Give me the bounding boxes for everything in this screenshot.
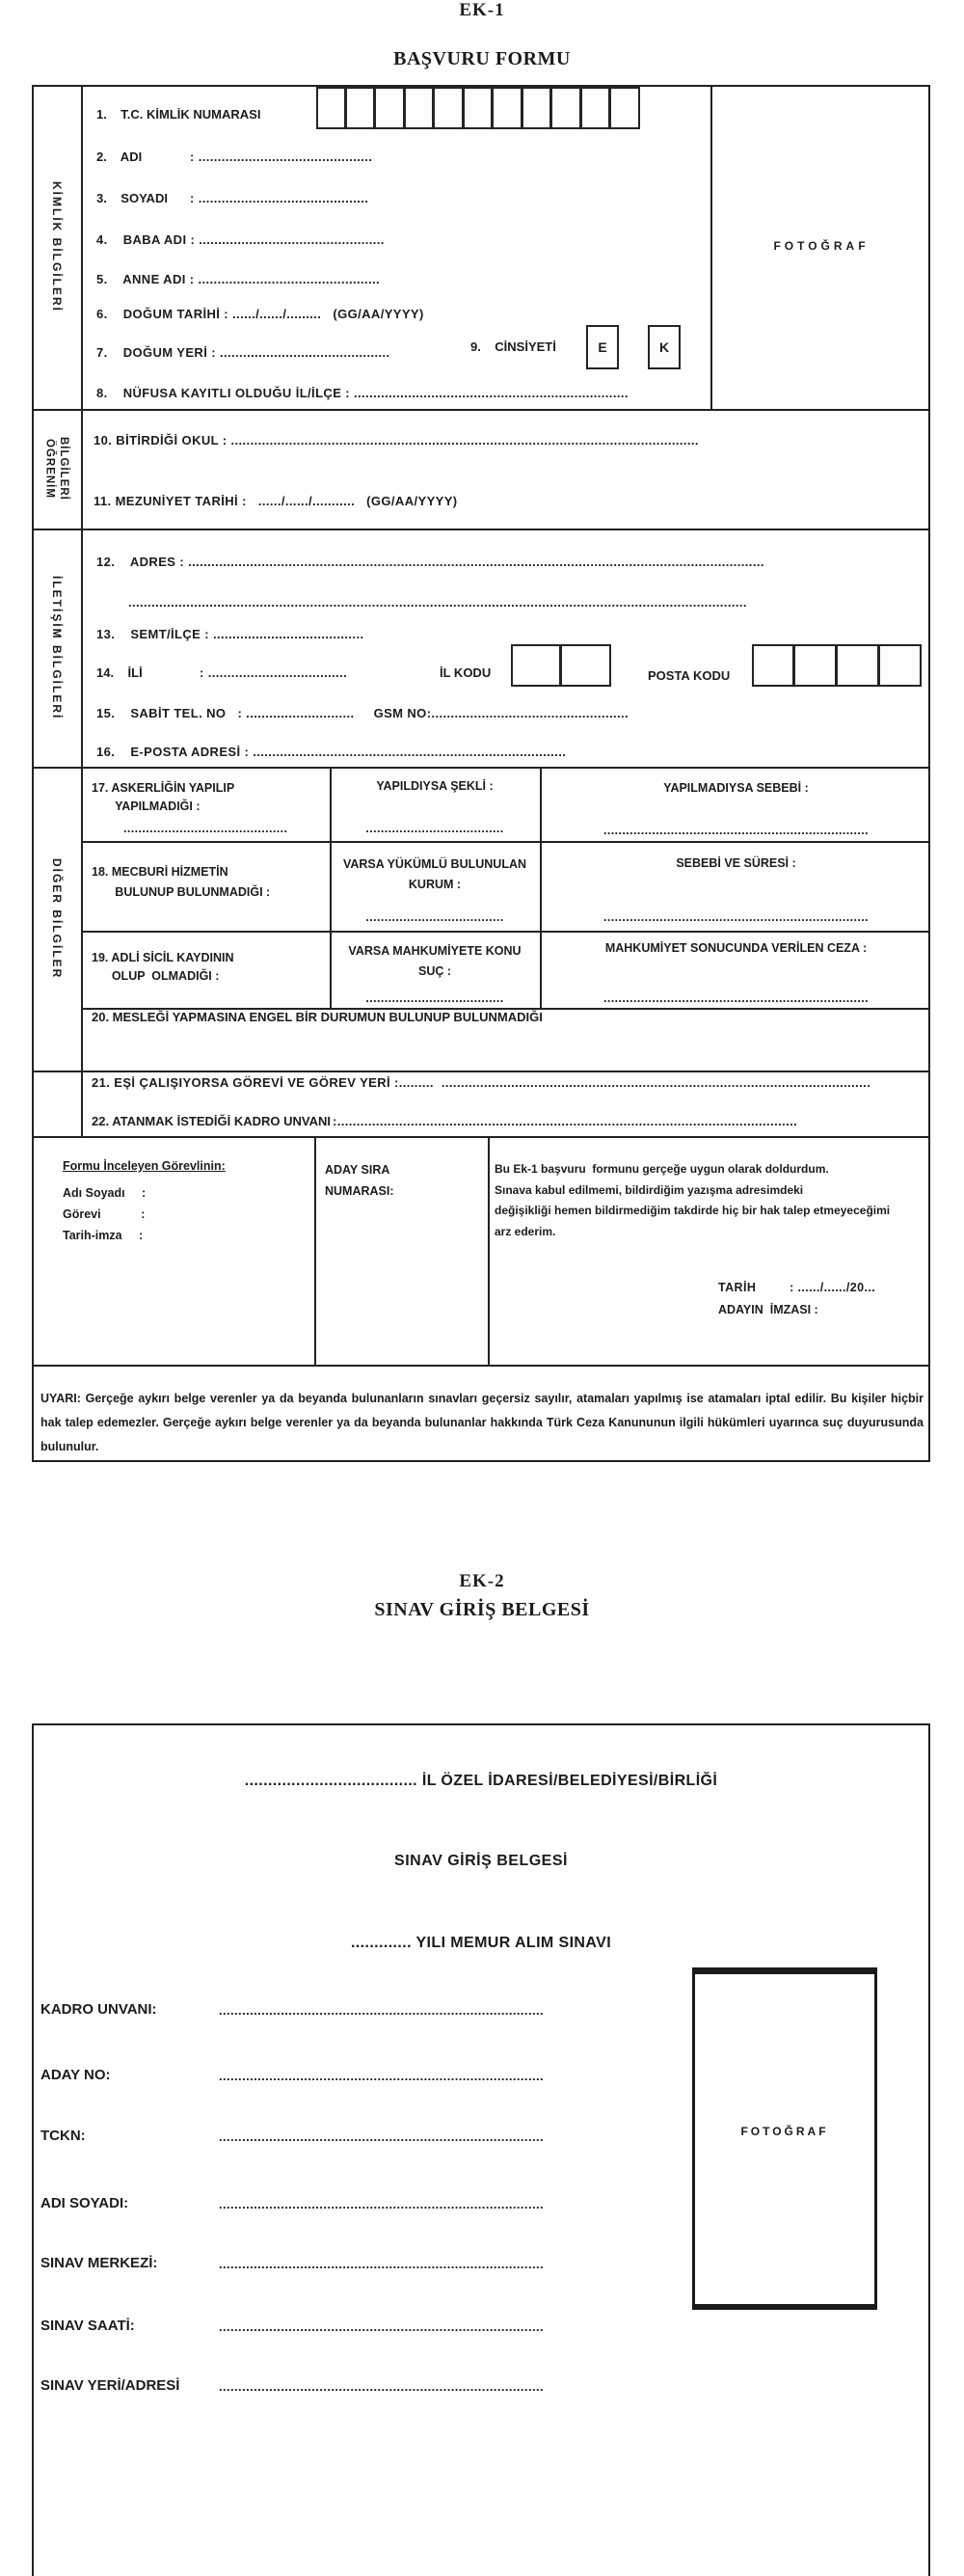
yukumlu-kurum-label: VARSA YÜKÜMLÜ BULUNULAN KURUM : — [332, 854, 538, 895]
verilen-ceza-field[interactable]: ........................................… — [542, 991, 930, 1005]
ek2-sinav-merkezi-field[interactable]: ........................................… — [219, 2258, 544, 2272]
il-kodu-label: İL KODU — [440, 666, 491, 681]
digit-cell[interactable] — [464, 87, 494, 129]
ek2-sinav-yeri-field[interactable]: ........................................… — [219, 2380, 544, 2395]
ek2-sinav-merkezi-label: SINAV MERKEZİ: — [40, 2255, 157, 2271]
yukumlu-kurum-field[interactable]: ..................................... — [332, 910, 538, 924]
ek1-photo-area: FOTOĞRAF — [710, 85, 932, 409]
ek2-title: EK-2 — [0, 1571, 964, 1592]
grid-line — [314, 1136, 316, 1367]
posta-kodu-boxes[interactable] — [752, 644, 922, 687]
posta-kodu-label: POSTA KODU — [648, 669, 730, 684]
adres-field[interactable]: 12. ADRES : ............................… — [96, 556, 764, 570]
digit-cell[interactable] — [752, 644, 794, 687]
digit-cell[interactable] — [561, 644, 611, 687]
section-label: ÖĞRENİM BİLGİLERİ — [42, 437, 70, 501]
gorevli-title: Formu İnceleyen Görevlinin: — [63, 1159, 226, 1173]
askerlik-label: 17. ASKERLİĞİN YAPILIP YAPILMADIĞI : — [92, 779, 234, 816]
digit-cell[interactable] — [316, 87, 346, 129]
digit-cell[interactable] — [405, 87, 435, 129]
row-adi-label: 2. ADI — [96, 150, 142, 165]
soyadi-field[interactable]: : ......................................… — [190, 192, 368, 206]
tckn-digit-boxes[interactable] — [316, 87, 640, 129]
meslek-engel-label: 20. MESLEĞİ YAPMASINA ENGEL BİR DURUMUN … — [92, 1011, 543, 1025]
kadro-unvani-field[interactable]: :.......................................… — [333, 1115, 797, 1129]
askerlik-field[interactable]: ........................................… — [123, 822, 287, 835]
option-letter: K — [659, 339, 669, 355]
option-letter: E — [598, 339, 606, 355]
cinsiyet-label: 9. CİNSİYETİ — [470, 340, 556, 355]
yapilmadiysa-sebebi-label: YAPILMADIYSA SEBEBİ : — [542, 781, 930, 795]
section-diger-bilgiler: DİĞER BİLGİLER — [32, 767, 81, 1071]
digit-cell[interactable] — [493, 87, 522, 129]
ek1-subtitle: BAŞVURU FORMU — [0, 48, 964, 70]
section-ogrenim-bilgileri: ÖĞRENİM BİLGİLERİ — [32, 409, 81, 529]
adayin-imzasi-label: ADAYIN İMZASI : — [718, 1303, 818, 1316]
grid-line — [32, 1136, 930, 1138]
ek2-sinav-yeri-label: SINAV YERİ/ADRESİ — [40, 2377, 179, 2394]
ili-label: 14. İLİ — [96, 666, 143, 681]
es-gorev-field[interactable]: 21. EŞİ ÇALIŞIYORSA GÖREVİ VE GÖREV YERİ… — [92, 1076, 870, 1091]
mahkumiyet-suc-label: VARSA MAHKUMİYETE KONU SUÇ : — [332, 941, 538, 982]
ek2-kadro-unvani-label: KADRO UNVANI: — [40, 2001, 157, 2018]
semt-ilce-field[interactable]: 13. SEMT/İLÇE : ........................… — [96, 628, 363, 642]
kadro-unvani-label: 22. ATANMAK İSTEDİĞİ KADRO UNVANI — [92, 1115, 331, 1129]
adli-sicil-label: 19. ADLİ SİCİL KAYDININ OLUP OLMADIĞI : — [92, 949, 234, 986]
grid-line — [81, 931, 930, 933]
section-iletisim-bilgileri: İLETİŞİM BİLGİLERİ — [32, 529, 81, 767]
eposta-field[interactable]: 16. E-POSTA ADRESİ : ...................… — [96, 746, 566, 760]
section-kimlik-bilgileri: KİMLİK BİLGİLERİ — [32, 85, 81, 409]
ek2-tckn-label: TCKN: — [40, 2128, 86, 2144]
tarih-field[interactable]: TARİH : ....../....../20... — [718, 1281, 875, 1294]
aday-sira-numarasi-label: ADAY SIRA NUMARASI: — [325, 1159, 394, 1202]
digit-cell[interactable] — [837, 644, 879, 687]
section-label: DİĞER BİLGİLER — [49, 858, 64, 979]
section-label: İLETİŞİM BİLGİLERİ — [49, 576, 64, 719]
ek2-adi-soyadi-label: ADI SOYADI: — [40, 2195, 128, 2211]
grid-line — [32, 529, 930, 530]
nufus-il-ilce-field[interactable]: 8. NÜFUSA KAYITLI OLDUĞU İL/İLÇE : .....… — [96, 387, 629, 401]
yapildiysa-sekli-field[interactable]: ..................................... — [332, 822, 538, 835]
anne-adi-field[interactable]: 5. ANNE ADI : ..........................… — [96, 273, 380, 287]
row-tckn-label: 1. T.C. KİMLİK NUMARASI — [96, 108, 260, 122]
mezuniyet-tarihi-field[interactable]: 11. MEZUNİYET TARİHİ : ....../....../...… — [94, 495, 458, 509]
ek2-aday-no-label: ADAY NO: — [40, 2067, 111, 2083]
ek2-sinav-saati-field[interactable]: ........................................… — [219, 2320, 544, 2335]
ek1-title: EK-1 — [0, 0, 964, 21]
adi-field[interactable]: : ......................................… — [190, 150, 372, 165]
grid-line — [540, 767, 542, 1010]
grid-line — [32, 409, 930, 411]
digit-cell[interactable] — [551, 87, 581, 129]
ek2-adi-soyadi-field[interactable]: ........................................… — [219, 2198, 544, 2212]
grid-line — [488, 1136, 490, 1367]
digit-cell[interactable] — [610, 87, 640, 129]
digit-cell[interactable] — [879, 644, 922, 687]
digit-cell[interactable] — [522, 87, 552, 129]
yapilmadiysa-sebebi-field[interactable]: ........................................… — [542, 824, 930, 837]
sebebi-suresi-field[interactable]: ........................................… — [542, 910, 930, 924]
verilen-ceza-label: MAHKUMİYET SONUCUNDA VERİLEN CEZA : — [542, 941, 930, 955]
digit-cell[interactable] — [346, 87, 376, 129]
adres-field-line2[interactable]: ........................................… — [128, 596, 747, 610]
photo-placeholder-label: FOTOĞRAF — [773, 240, 869, 254]
telefon-field[interactable]: 15. SABİT TEL. NO : ....................… — [96, 707, 629, 721]
section-label: KİMLİK BİLGİLERİ — [49, 181, 64, 312]
mecburi-hizmet-label: 18. MECBURİ HİZMETİN BULUNUP BULUNMADIĞI… — [92, 862, 270, 903]
cinsiyet-kadin-checkbox[interactable]: K — [648, 325, 681, 369]
grid-line — [32, 1071, 930, 1072]
uyari-warning-text: UYARI: Gerçeğe aykırı belge verenler ya … — [40, 1387, 924, 1459]
baba-adi-field[interactable]: 4. BABA ADI : ..........................… — [96, 233, 385, 248]
sebebi-suresi-label: SEBEBİ VE SÜRESİ : — [542, 856, 930, 870]
ek2-sinav-yili-line: ............. YILI MEMUR ALIM SINAVI — [32, 1935, 930, 1952]
row-soyadi-label: 3. SOYADI — [96, 192, 168, 206]
grid-line — [81, 85, 83, 1136]
grid-line — [81, 841, 930, 843]
digit-cell[interactable] — [375, 87, 405, 129]
declaration-text: Bu Ek-1 başvuru formunu gerçeğe uygun ol… — [495, 1159, 890, 1242]
ili-field[interactable]: : .................................... — [200, 666, 347, 681]
ek2-belge-title: SINAV GİRİŞ BELGESİ — [32, 1853, 930, 1870]
ek2-kadro-unvani-field[interactable]: ........................................… — [219, 2004, 544, 2019]
digit-cell[interactable] — [511, 644, 561, 687]
dogum-yeri-field[interactable]: 7. DOĞUM YERİ : ........................… — [96, 346, 390, 361]
grid-line — [32, 1365, 930, 1367]
il-kodu-boxes[interactable] — [511, 644, 611, 687]
ek2-idare-header: ..................................... İL… — [32, 1773, 930, 1790]
digit-cell[interactable] — [794, 644, 837, 687]
ek2-sinav-saati-label: SINAV SAATİ: — [40, 2318, 135, 2334]
gorevli-fields[interactable]: Adı Soyadı : Görevi : Tarih-imza : — [63, 1182, 146, 1246]
ek2-tckn-field[interactable]: ........................................… — [219, 2130, 544, 2145]
ek2-subtitle: SINAV GİRİŞ BELGESİ — [0, 1599, 964, 1621]
mahkumiyet-suc-field[interactable]: ..................................... — [332, 991, 538, 1005]
photo-placeholder-label: FOTOĞRAF — [692, 2126, 877, 2139]
grid-line — [32, 767, 930, 769]
scanned-form-page: EK-1 BAŞVURU FORMU KİMLİK BİLGİLERİ ÖĞRE… — [0, 0, 964, 2576]
digit-cell[interactable] — [434, 87, 464, 129]
digit-cell[interactable] — [581, 87, 611, 129]
cinsiyet-erkek-checkbox[interactable]: E — [586, 325, 619, 369]
dogum-tarihi-field[interactable]: 6. DOĞUM TARİHİ : ....../....../........… — [96, 308, 424, 322]
ek2-aday-no-field[interactable]: ........................................… — [219, 2070, 544, 2084]
yapildiysa-sekli-label: YAPILDIYSA ŞEKLİ : — [332, 779, 538, 793]
bitirdigi-okul-field[interactable]: 10. BİTİRDİĞİ OKUL : ...................… — [94, 434, 699, 448]
